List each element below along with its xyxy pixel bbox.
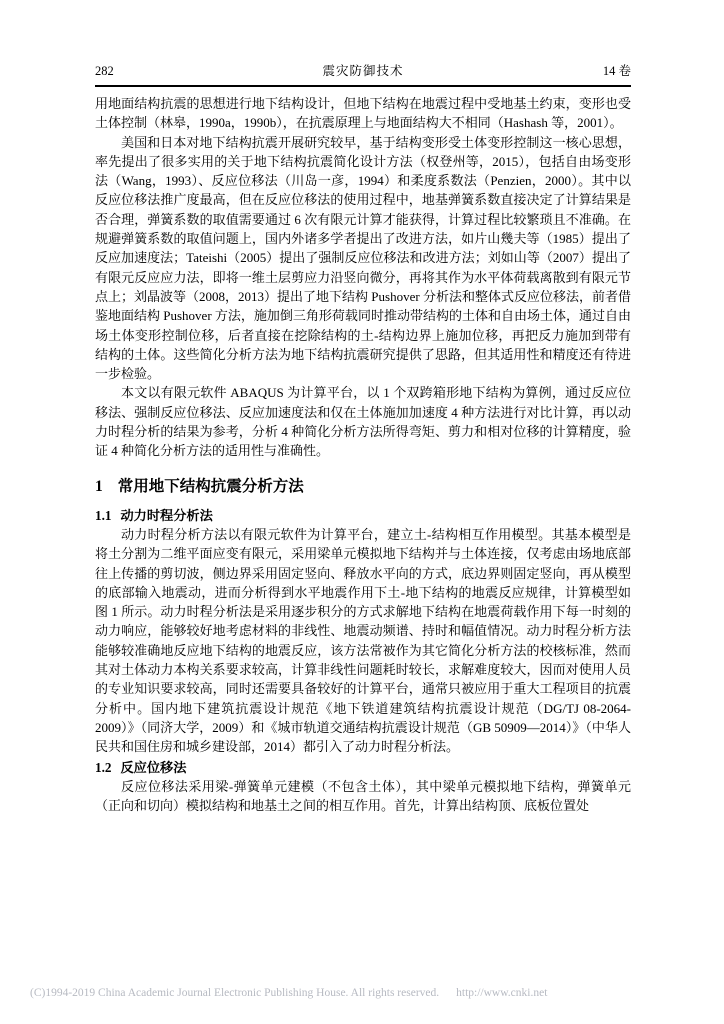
paragraph-intro-continuation: 用地面结构抗震的思想进行地下结构设计，但地下结构在地震过程中受地基土约束，变形也…: [95, 94, 631, 133]
page-content: 用地面结构抗震的思想进行地下结构设计，但地下结构在地震过程中受地基土约束，变形也…: [95, 94, 631, 815]
section-1-title: 常用地下结构抗震分析方法: [118, 478, 304, 495]
page-number: 282: [95, 64, 185, 79]
journal-title: 震灾防御技术: [185, 61, 541, 79]
document-page: 282 震灾防御技术 14 卷 用地面结构抗震的思想进行地下结构设计，但地下结构…: [0, 0, 724, 1024]
section-1-2-number: 1.2: [95, 760, 111, 775]
paragraph-paper-overview: 本文以有限元软件 ABAQUS 为计算平台，以 1 个双跨箱形地下结构为算例，通…: [95, 383, 631, 460]
volume-label: 14 卷: [541, 61, 631, 79]
section-1-heading: 1常用地下结构抗震分析方法: [95, 476, 631, 498]
cnki-url: http://www.cnki.net: [456, 987, 547, 999]
section-1-number: 1: [95, 478, 103, 495]
section-1-2-title: 反应位移法: [120, 760, 186, 775]
section-1-1-title: 动力时程分析法: [120, 508, 212, 523]
paragraph-dynamic-time-history: 动力时程分析方法以有限元软件为计算平台，建立土-结构相互作用模型。其基本模型是将…: [95, 525, 631, 757]
paragraph-response-displacement: 反应位移法采用梁-弹簧单元建模（不包含土体），其中梁单元模拟地下结构，弹簧单元（…: [95, 777, 631, 816]
page-header: 282 震灾防御技术 14 卷: [95, 61, 631, 87]
paragraph-research-history: 美国和日本对地下结构抗震开展研究较早，基于结构变形受土体变形控制这一核心思想，率…: [95, 133, 631, 384]
copyright-text: (C)1994-2019 China Academic Journal Elec…: [30, 987, 439, 999]
section-1-1-number: 1.1: [95, 508, 111, 523]
section-1-1-heading: 1.1动力时程分析法: [95, 506, 631, 525]
section-1-2-heading: 1.2反应位移法: [95, 758, 631, 777]
copyright-footer: (C)1994-2019 China Academic Journal Elec…: [30, 987, 547, 999]
